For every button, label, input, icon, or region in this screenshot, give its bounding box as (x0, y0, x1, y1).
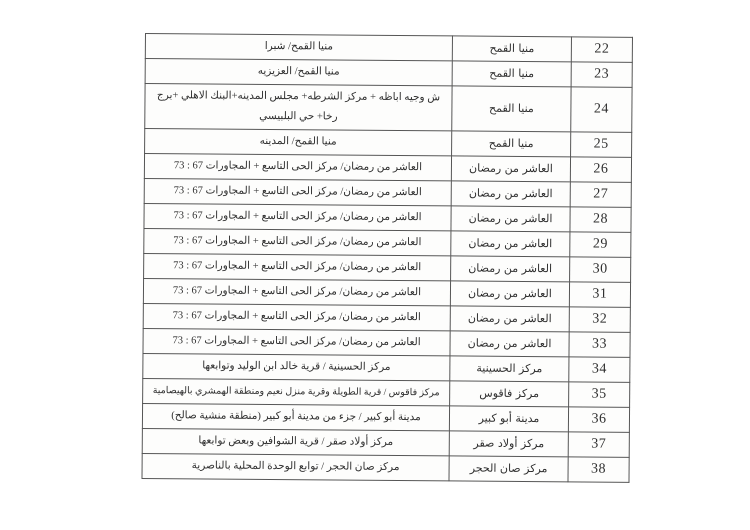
areas-cell: العاشر من رمضان/ مركز الحى التاسع + المج… (143, 278, 450, 305)
table-row: 38 مركز صان الحجر مركز صان الحجر / توابع… (142, 453, 629, 482)
serial-number-cell: 22 (571, 37, 632, 62)
serial-number-cell: 28 (570, 207, 631, 232)
table-row: 28 العاشر من رمضان العاشر من رمضان/ مركز… (144, 203, 631, 232)
serial-number-cell: 31 (569, 282, 630, 307)
serial-number-cell: 33 (569, 332, 630, 357)
center-cell: العاشر من رمضان (451, 181, 570, 207)
table-row: 25 منيا القمح منيا القمح/ المدينه (145, 129, 632, 158)
table-row: 22 منيا القمح منيا القمح/ شبرا (145, 34, 632, 63)
areas-cell: العاشر من رمضان/ مركز الحى التاسع + المج… (143, 328, 450, 355)
areas-cell: ش وجيه اباظه + مركز الشرطه+ مجلس المدينه… (145, 84, 452, 131)
serial-number-cell: 34 (569, 357, 630, 382)
serial-number-cell: 32 (569, 307, 630, 332)
serial-number-cell: 36 (568, 407, 629, 432)
table-row: 37 مركز أولاد صقر مركز أولاد صقر / قرية … (142, 428, 629, 457)
serial-number-cell: 25 (571, 132, 632, 157)
center-cell: مركز الحسينية (450, 356, 569, 382)
table-row: 23 منيا القمح منيا القمح/ العزيزيه (145, 59, 632, 88)
center-cell: مركز فاقوس (450, 381, 569, 407)
areas-cell: منيا القمح/ شبرا (145, 34, 452, 61)
areas-cell: العاشر من رمضان/ مركز الحى التاسع + المج… (143, 303, 450, 330)
scanned-document-page: 22 منيا القمح منيا القمح/ شبرا 23 منيا ا… (0, 0, 750, 530)
center-cell: العاشر من رمضان (450, 281, 569, 307)
areas-cell: مركز الحسينية / قرية خالد ابن الوليد وتو… (143, 353, 450, 380)
center-cell: منيا القمح (452, 61, 571, 87)
center-cell: مدينة أبو كبير (449, 406, 568, 432)
serial-number-cell: 23 (571, 62, 632, 87)
center-cell: منيا القمح (452, 36, 571, 62)
center-cell: العاشر من رمضان (450, 306, 569, 332)
center-cell: منيا القمح (452, 86, 571, 132)
table-row: 36 مدينة أبو كبير مدينة أبو كبير / جزء م… (142, 403, 629, 432)
table-row: 26 العاشر من رمضان العاشر من رمضان/ مركز… (144, 154, 631, 183)
serial-number-cell: 26 (570, 157, 631, 182)
areas-cell: العاشر من رمضان/ مركز الحى التاسع + المج… (144, 228, 451, 255)
areas-cell: العاشر من رمضان/ مركز الحى التاسع + المج… (144, 203, 451, 230)
table-row: 31 العاشر من رمضان العاشر من رمضان/ مركز… (143, 278, 630, 307)
table-row: 29 العاشر من رمضان العاشر من رمضان/ مركز… (144, 228, 631, 257)
table-row: 35 مركز فاقوس مركز فاقوس / قرية الطويلة … (143, 378, 630, 407)
serial-number-cell: 37 (568, 432, 629, 457)
serial-number-cell: 24 (571, 87, 632, 132)
center-cell: العاشر من رمضان (451, 231, 570, 257)
center-cell: منيا القمح (452, 131, 571, 157)
center-cell: العاشر من رمضان (451, 206, 570, 232)
table-row: 33 العاشر من رمضان العاشر من رمضان/ مركز… (143, 328, 630, 357)
table-row: 30 العاشر من رمضان العاشر من رمضان/ مركز… (144, 253, 631, 282)
center-cell: مركز أولاد صقر (449, 431, 568, 457)
areas-cell: مركز فاقوس / قرية الطويلة وقرية منزل نعي… (143, 378, 450, 405)
center-cell: مركز صان الحجر (449, 456, 568, 482)
table-row: 32 العاشر من رمضان العاشر من رمضان/ مركز… (143, 303, 630, 332)
table-row: 24 منيا القمح ش وجيه اباظه + مركز الشرطه… (145, 84, 632, 133)
areas-cell: منيا القمح/ المدينه (145, 129, 452, 156)
serial-number-cell: 29 (570, 232, 631, 257)
serial-number-cell: 38 (568, 457, 629, 482)
areas-table-body: 22 منيا القمح منيا القمح/ شبرا 23 منيا ا… (142, 34, 632, 483)
center-cell: العاشر من رمضان (450, 331, 569, 357)
center-cell: العاشر من رمضان (451, 256, 570, 282)
areas-cell: منيا القمح/ العزيزيه (145, 59, 452, 86)
serial-number-cell: 27 (570, 182, 631, 207)
areas-table: 22 منيا القمح منيا القمح/ شبرا 23 منيا ا… (141, 33, 632, 483)
areas-cell: العاشر من رمضان/ مركز الحى التاسع + المج… (144, 178, 451, 205)
areas-cell: مدينة أبو كبير / جزء من مدينة أبو كبير (… (142, 403, 449, 430)
areas-cell: مركز صان الحجر / توابع الوحدة المحلية با… (142, 453, 449, 480)
table-row: 34 مركز الحسينية مركز الحسينية / قرية خا… (143, 353, 630, 382)
serial-number-cell: 35 (569, 382, 630, 407)
areas-cell: العاشر من رمضان/ مركز الحى التاسع + المج… (144, 154, 451, 181)
areas-cell: العاشر من رمضان/ مركز الحى التاسع + المج… (144, 253, 451, 280)
table-row: 27 العاشر من رمضان العاشر من رمضان/ مركز… (144, 178, 631, 207)
areas-cell: مركز أولاد صقر / قرية الشوافين وبعض تواب… (142, 428, 449, 455)
center-cell: العاشر من رمضان (451, 156, 570, 182)
serial-number-cell: 30 (570, 257, 631, 282)
